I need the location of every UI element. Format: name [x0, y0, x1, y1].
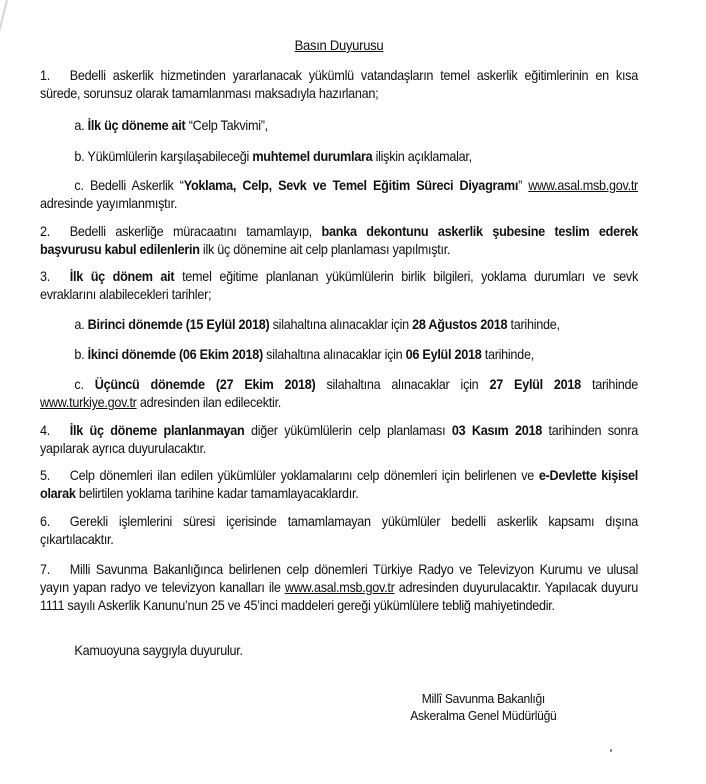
- scan-speck: [610, 749, 612, 752]
- turkiye-gov-link[interactable]: www.turkiye.gov.tr: [40, 395, 137, 410]
- subitem-text: Bedelli Askerlik “: [90, 178, 184, 193]
- item-3a: a. Birinci dönemde (15 Eylül 2018) silah…: [74, 316, 638, 334]
- item-bold: İlk üç döneme planlanmayan: [70, 423, 245, 438]
- item-number: 4.: [40, 422, 70, 440]
- item-number: 3.: [40, 268, 70, 286]
- subitem-text: adresinden ilan edilecektir.: [137, 395, 281, 410]
- subitem-label: b.: [74, 149, 84, 164]
- asal-msb-link[interactable]: www.asal.msb.gov.tr: [528, 178, 638, 193]
- signature-block: Millî Savunma Bakanlığı Askeralma Genel …: [395, 690, 572, 724]
- item-text: Bedelli askerliğe müracaatını tamamlayıp…: [70, 224, 322, 239]
- subitem-text: adresinde yayımlanmıştır.: [40, 196, 177, 211]
- closing-line: Kamuoyuna saygıyla duyurulur.: [74, 642, 638, 660]
- subitem-label: a.: [74, 317, 84, 332]
- subitem-label: a.: [74, 118, 84, 133]
- subitem-text: silahaltına alınacaklar için: [269, 317, 412, 332]
- item-5: 5.Celp dönemleri ilan edilen yükümlüler …: [40, 467, 638, 503]
- item-1a: a. İlk üç döneme ait “Celp Takvimi”,: [74, 117, 638, 135]
- subitem-text: tarihinde,: [481, 347, 533, 362]
- subitem-text: silahaltına alınacaklar için: [315, 377, 489, 392]
- document-title: Basın Duyurusu: [40, 36, 638, 54]
- subitem-bold: 06 Eylül 2018: [406, 347, 482, 362]
- subitem-bold: muhtemel durumlara: [252, 149, 372, 164]
- item-number: 6.: [40, 513, 70, 531]
- subitem-bold: 28 Ağustos 2018: [412, 317, 507, 332]
- subitem-bold: Yoklama, Celp, Sevk ve Temel Eğitim Süre…: [184, 178, 518, 193]
- asal-msb-link[interactable]: www.asal.msb.gov.tr: [285, 580, 395, 595]
- item-text: Celp dönemleri ilan edilen yükümlüler yo…: [70, 468, 539, 483]
- item-number: 7.: [40, 561, 70, 579]
- subitem-bold: İkinci dönemde (06 Ekim 2018): [88, 347, 263, 362]
- item-text: diğer yükümlülerin celp planlaması: [244, 423, 451, 438]
- item-2: 2.Bedelli askerliğe müracaatını tamamlay…: [40, 223, 638, 259]
- item-6: 6.Gerekli işlemlerini süresi içerisinde …: [40, 513, 638, 549]
- item-text: belirtilen yoklama tarihine kadar tamaml…: [76, 486, 359, 501]
- subitem-bold: Üçüncü dönemde (27 Ekim 2018): [95, 377, 316, 392]
- subitem-bold: Birinci dönemde (15 Eylül 2018): [88, 317, 270, 332]
- item-1c: c. Bedelli Askerlik “Yoklama, Celp, Sevk…: [40, 177, 638, 213]
- item-number: 5.: [40, 467, 70, 485]
- item-bold: 03 Kasım 2018: [452, 423, 542, 438]
- item-bold: İlk üç dönem ait: [70, 269, 175, 284]
- subitem-label: b.: [74, 347, 84, 362]
- subitem-text: Yükümlülerin karşılaşabileceği: [87, 149, 252, 164]
- subitem-bold: 27 Eylül 2018: [489, 377, 580, 392]
- item-7: 7.Milli Savunma Bakanlığınca belirlenen …: [40, 561, 638, 615]
- item-4: 4.İlk üç döneme planlanmayan diğer yüküm…: [40, 422, 638, 458]
- subitem-text: ilişkin açıklamalar,: [372, 149, 472, 164]
- scan-edge-mark: [0, 0, 8, 98]
- item-3c: c. Üçüncü dönemde (27 Ekim 2018) silahal…: [40, 376, 638, 412]
- subitem-text: tarihinde: [581, 377, 638, 392]
- signature-directorate: Askeralma Genel Müdürlüğü: [395, 707, 572, 724]
- item-number: 1.: [40, 67, 70, 85]
- item-number: 2.: [40, 223, 70, 241]
- item-3: 3.İlk üç dönem ait temel eğitime planlan…: [40, 268, 638, 304]
- subitem-bold: İlk üç döneme ait: [88, 118, 186, 133]
- signature-ministry: Millî Savunma Bakanlığı: [395, 690, 572, 707]
- item-text: Gerekli işlemlerini süresi içerisinde ta…: [40, 514, 638, 547]
- item-text: ilk üç dönemine ait celp planlaması yapı…: [200, 242, 451, 257]
- item-3b: b. İkinci dönemde (06 Ekim 2018) silahal…: [74, 346, 638, 364]
- subitem-text: “Celp Takvimi”,: [185, 118, 267, 133]
- item-text: Bedelli askerlik hizmetinden yararlanaca…: [40, 68, 638, 101]
- item-1b: b. Yükümlülerin karşılaşabileceği muhtem…: [74, 148, 638, 166]
- subitem-label: c.: [74, 377, 83, 392]
- quote-close: ”: [518, 178, 522, 193]
- subitem-label: c.: [74, 178, 83, 193]
- subitem-text: silahaltına alınacaklar için: [263, 347, 406, 362]
- item-1: 1.Bedelli askerlik hizmetinden yararlana…: [40, 67, 638, 103]
- subitem-text: tarihinde,: [507, 317, 559, 332]
